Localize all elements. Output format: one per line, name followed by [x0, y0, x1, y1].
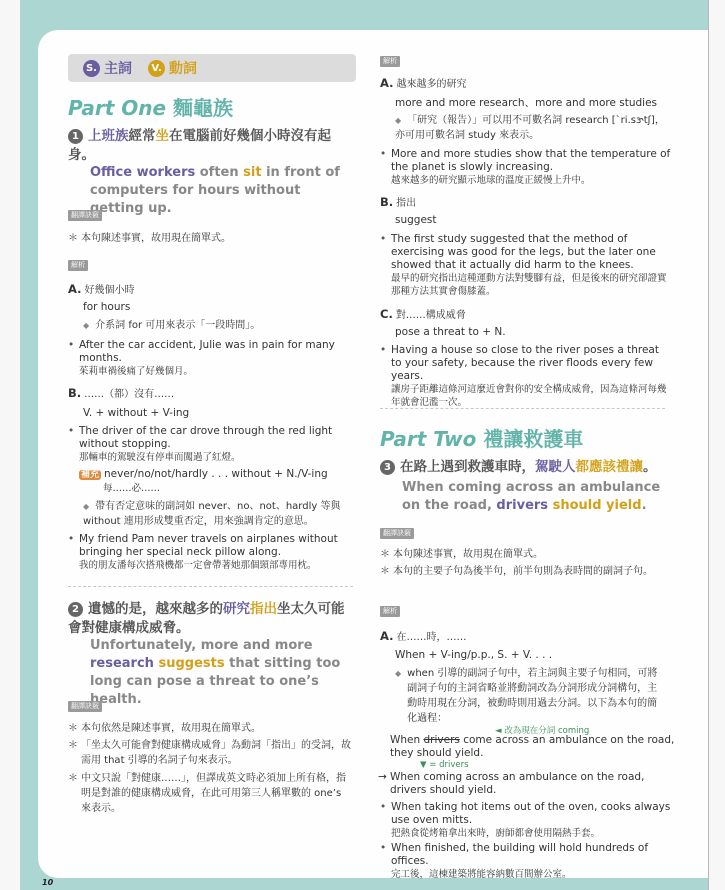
sentence-1-zh: 1上班族經常坐在電腦前好幾個小時沒有起身。: [68, 127, 338, 165]
analysis-heading-b: B.指出: [380, 194, 416, 209]
translation-tips-tag: 翻譯訣竅: [68, 701, 102, 712]
diamond-icon: ◆: [83, 502, 89, 511]
formula: more and more research、more and more stu…: [395, 95, 657, 110]
usage-note: ◆帶有否定意味的副詞如 never、no、not、hardly 等與 witho…: [83, 499, 348, 529]
sentence-2-zh: 2遺憾的是，越來越多的研究指出坐太久可能會對健康構成威脅。: [68, 600, 353, 638]
bullet-icon: •: [68, 339, 74, 352]
example-sentence: • When finished, the building will hold …: [391, 842, 676, 881]
formula: for hours: [83, 301, 130, 313]
tip-note: ＊本句的主要子句為後半句，前半句則為表時間的副詞子句。: [380, 564, 665, 579]
textbook-page: S. 主詞 V. 動詞 Part One 麵龜族 1上班族經常坐在電腦前好幾個小…: [38, 30, 708, 878]
number-1-icon: 1: [68, 129, 83, 144]
sentence-1-en: Office workers often sit in front of com…: [90, 164, 350, 218]
example-sentence: • When taking hot items out of the oven,…: [391, 801, 676, 840]
example-sentence: • The driver of the car drove through th…: [79, 425, 349, 464]
bullet-icon: •: [68, 425, 74, 438]
sentence-3-zh: 3在路上遇到救護車時，駕駛人都應該禮讓。: [380, 458, 670, 477]
example-sentence: • Having a house so close to the river p…: [391, 344, 671, 409]
color-legend: S. 主詞 V. 動詞: [68, 54, 356, 82]
analysis-heading-a: A.在……時，……: [380, 628, 466, 643]
tip-note: ＊「坐太久可能會對健康構成威脅」為動詞「指出」的受詞，故需用 that 引導的名…: [68, 738, 353, 768]
example-sentence: • The first study suggested that the met…: [391, 233, 671, 298]
analysis-heading-a: A.越來越多的研究: [380, 75, 466, 90]
sentence-2-en: Unfortunately, more and more research su…: [90, 637, 350, 709]
example-sentence: • After the car accident, Julie was in p…: [79, 339, 349, 378]
analysis-heading-a: A.好幾個小時: [68, 281, 134, 296]
reduced-sentence: → When coming across an ambulance on the…: [390, 771, 675, 797]
diamond-icon: ◆: [395, 116, 401, 125]
formula: suggest: [395, 214, 437, 226]
translation-tips-tag: 翻譯訣竅: [380, 528, 414, 539]
usage-note: ◆when 引導的副詞子句中，若主詞與主要子句相同，可將副詞子句的主詞省略並將動…: [395, 666, 663, 726]
verb-badge-icon: V.: [148, 60, 165, 77]
part-two-title: Part Two 禮讓救護車: [380, 423, 583, 452]
section-divider: [380, 408, 665, 409]
analysis-tag: 解析: [380, 56, 400, 67]
bullet-icon: •: [380, 233, 386, 246]
analysis-tag: 解析: [380, 606, 400, 617]
subject-badge-icon: S.: [83, 60, 100, 77]
bullet-icon: •: [380, 801, 386, 814]
bullet-icon: •: [380, 344, 386, 357]
analysis-tag: 解析: [68, 260, 88, 271]
tip-note: ＊本句依然是陳述事實，故用現在簡單式。: [68, 721, 353, 736]
formula: V. + without + V-ing: [83, 407, 189, 419]
sentence-3-en: When coming across an ambulance on the r…: [402, 479, 667, 515]
bullet-icon: •: [380, 148, 386, 161]
verb-legend-label: 動詞: [169, 58, 197, 78]
formula: pose a threat to + N.: [395, 326, 506, 338]
diamond-icon: ◆: [395, 666, 401, 726]
right-arrow-icon: →: [378, 771, 387, 784]
supplement-badge: 補充: [79, 470, 101, 480]
formula: When + V-ing/p.p., S. + V. . . .: [395, 649, 552, 661]
example-sentence: • My friend Pam never travels on airplan…: [79, 533, 349, 572]
original-sentence: When drivers come across an ambulance on…: [390, 734, 675, 760]
number-2-icon: 2: [68, 602, 83, 617]
tip-note: ＊中文只說「對健康……」，但譯成英文時必須加上所有格，指明是對誰的健康構成威脅，…: [68, 771, 353, 816]
section-divider: [68, 586, 353, 587]
tip-note: ＊本句陳述事實，故用現在簡單式。: [380, 547, 665, 562]
part-one-title: Part One 麵龜族: [68, 92, 233, 121]
analysis-heading-b: B.……（都）沒有……: [68, 385, 174, 400]
example-sentence: • More and more studies show that the te…: [391, 148, 671, 187]
bullet-icon: •: [380, 842, 386, 855]
translation-tips-tag: 翻譯訣竅: [68, 210, 102, 221]
supplement-note: 補充never/no/not/hardly . . . without + N.…: [79, 467, 349, 496]
usage-note: ◆「研究（報告）」可以用不可數名詞 research [ˋri.sɝtʃ]，亦可…: [395, 113, 665, 143]
bullet-icon: •: [68, 533, 74, 546]
analysis-heading-c: C.對……構成威脅: [380, 306, 466, 321]
annotation-drivers: ▼ = drivers: [420, 760, 469, 770]
diamond-icon: ◆: [83, 321, 89, 330]
usage-note: ◆介系詞 for 可用來表示「一段時間」。: [83, 318, 348, 333]
subject-legend-label: 主詞: [104, 58, 132, 78]
page-number: 10: [42, 878, 53, 887]
arrow-icon: ▼: [420, 760, 427, 770]
number-3-icon: 3: [380, 460, 395, 475]
tip-note: ＊本句陳述事實，故用現在簡單式。: [68, 231, 348, 246]
